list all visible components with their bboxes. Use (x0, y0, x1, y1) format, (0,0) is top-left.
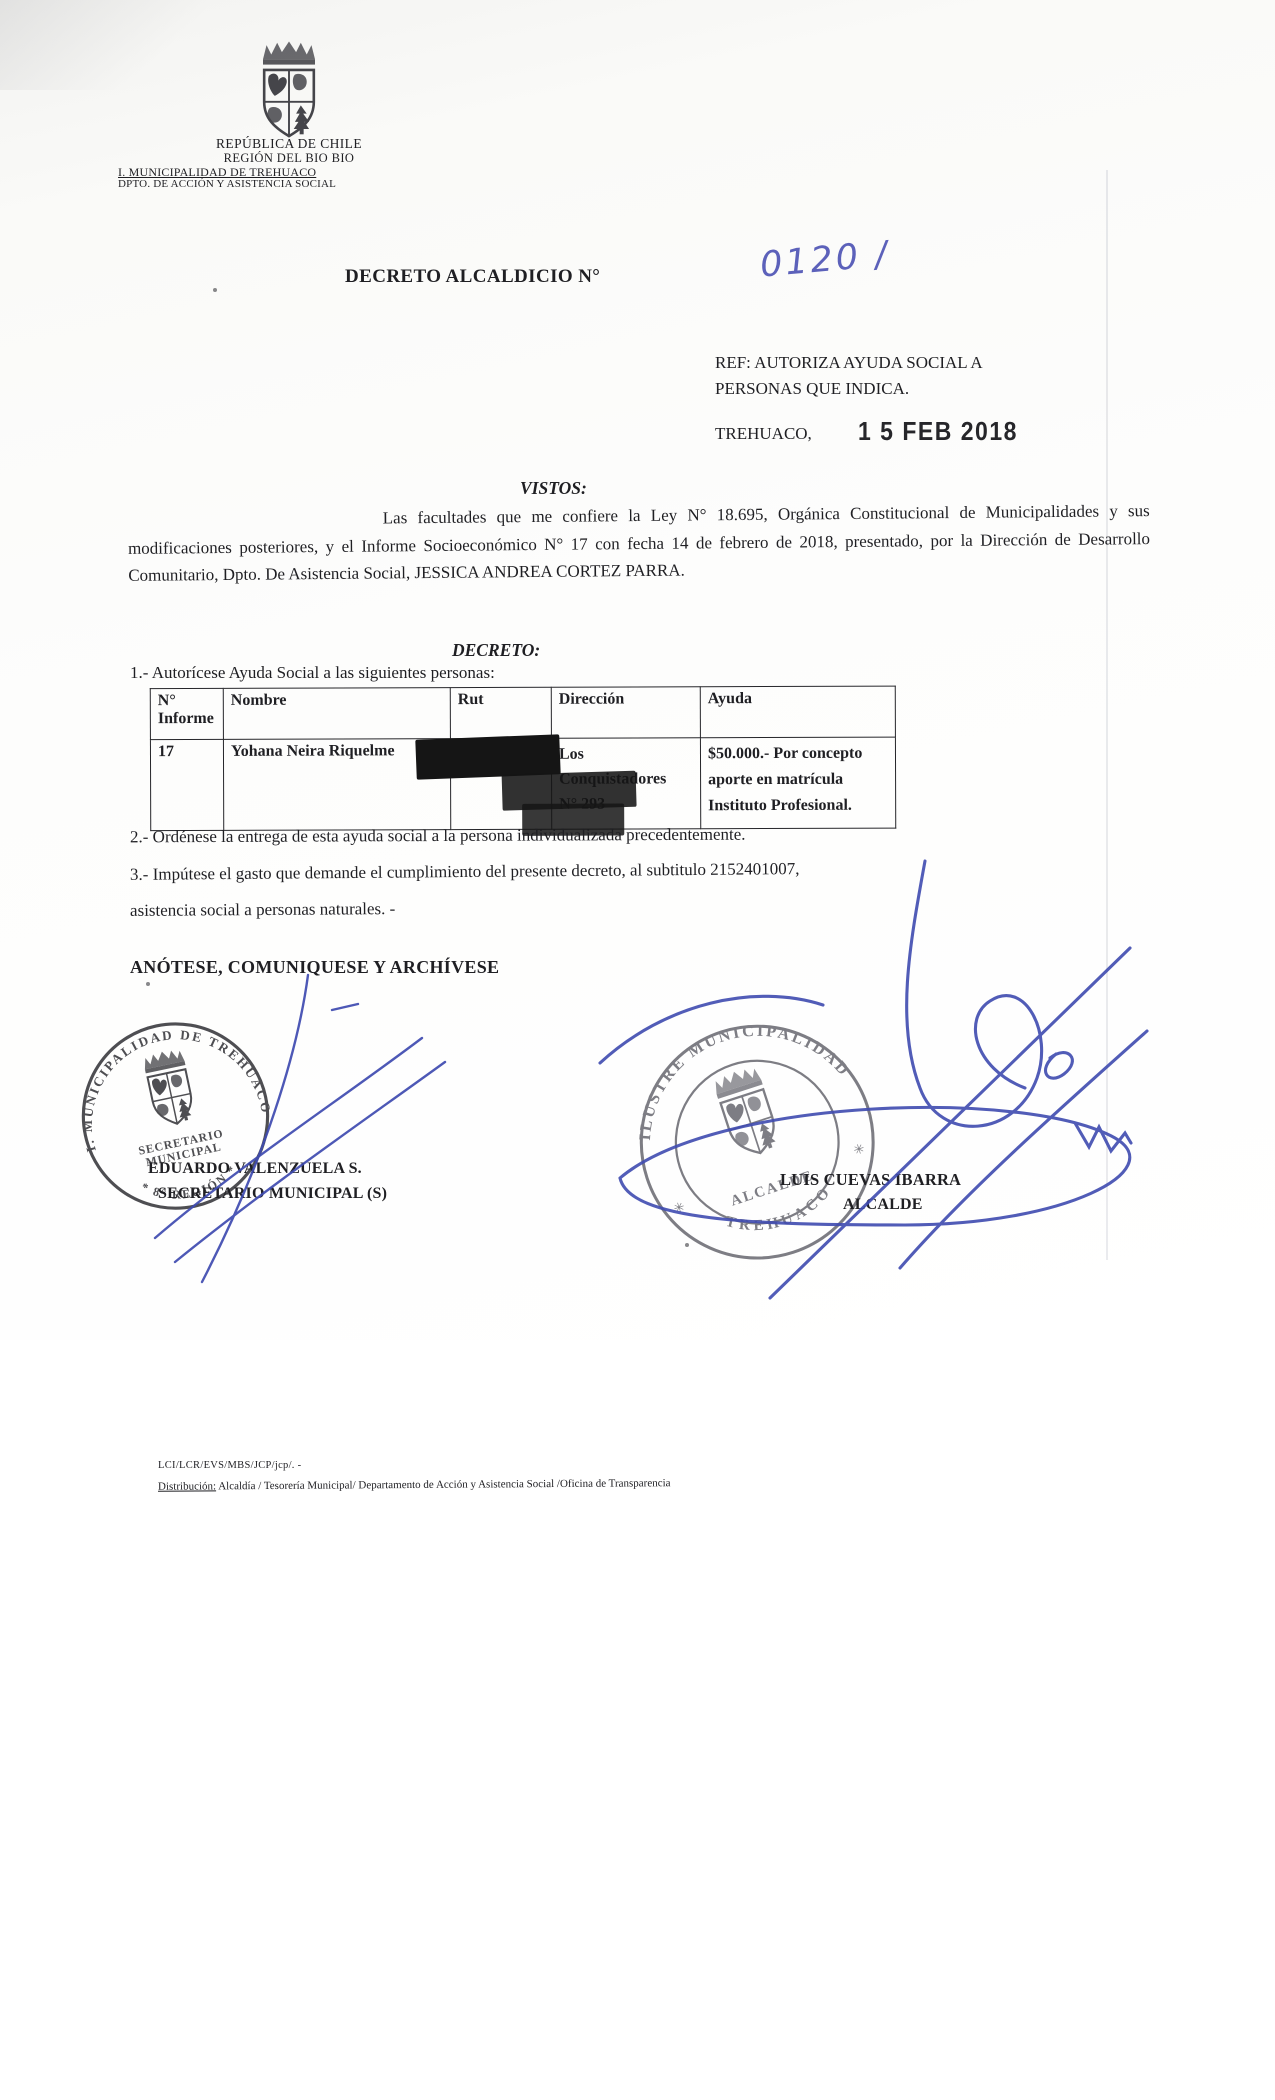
ref-block: REF: AUTORIZA AYUDA SOCIAL A PERSONAS QU… (715, 350, 983, 402)
col-header-ayuda: Ayuda (700, 686, 895, 738)
distribution-label: Distribución: (158, 1480, 216, 1492)
vistos-paragraph: Las facultades que me confiere la Ley N°… (128, 497, 1151, 589)
decree-title: DECRETO ALCALDICIO N° (345, 266, 600, 288)
footer-initials: LCI/LCR/EVS/MBS/JCP/jcp/. - (158, 1460, 301, 1471)
stamp-star-icon: ✳ (672, 1199, 687, 1217)
table-header-row: N° Informe Nombre Rut Dirección Ayuda (150, 686, 895, 740)
stamp-star-icon: ✳ (851, 1140, 866, 1158)
footer-distribution: Distribución: Alcaldía / Tesorería Munic… (158, 1477, 671, 1493)
secretary-title: SECRETARIO MUNICIPAL (S) (158, 1185, 387, 1203)
distribution-text: Alcaldía / Tesorería Municipal/ Departam… (216, 1477, 671, 1492)
secretary-name: EDUARDO VALENZUELA S. (148, 1160, 362, 1178)
mayor-name: LUIS CUEVAS IBARRA (780, 1170, 961, 1190)
vistos-heading: VISTOS: (520, 478, 587, 499)
scanned-document-page: REPÚBLICA DE CHILE REGIÓN DEL BIO BIO I.… (0, 0, 1275, 2100)
place-label: TREHUACO, (715, 424, 812, 444)
scan-artifact-line (1106, 170, 1108, 1260)
scan-speck (213, 288, 217, 292)
cell-ayuda: $50.000.- Por concepto aporte en matrícu… (700, 737, 895, 829)
coat-of-arms-icon (248, 38, 330, 147)
letterhead-region: REGIÓN DEL BIO BIO (115, 151, 463, 166)
col-header-informe: N° Informe (150, 688, 223, 739)
decree-item-1: 1.- Autorícese Ayuda Social a las siguie… (130, 663, 495, 683)
direccion-line: Los (559, 741, 693, 766)
col-header-rut: Rut (450, 687, 551, 738)
mayor-title: ALCALDE (843, 1196, 923, 1214)
decree-item-2: 2.- Ordénese la entrega de esta ayuda so… (130, 825, 746, 848)
cell-informe: 17 (150, 739, 223, 830)
ref-line2: PERSONAS QUE INDICA. (715, 376, 983, 402)
ref-line1: REF: AUTORIZA AYUDA SOCIAL A (715, 350, 983, 376)
letterhead-department: DPTO. DE ACCIÓN Y ASISTENCIA SOCIAL (118, 178, 336, 190)
letterhead-country: REPÚBLICA DE CHILE (115, 136, 463, 152)
scan-corner-shadow (0, 0, 220, 90)
closing-order: ANÓTESE, COMUNIQUESE Y ARCHÍVESE (130, 957, 499, 978)
decreto-heading: DECRETO: (452, 640, 540, 661)
beneficiaries-table: N° Informe Nombre Rut Dirección Ayuda 17… (150, 686, 822, 831)
date-stamp: 1 5 FEB 2018 (858, 416, 1018, 446)
scan-speck (146, 982, 150, 986)
decree-item-3-line2: asistencia social a personas naturales. … (130, 899, 395, 921)
col-header-direccion: Dirección (551, 687, 700, 739)
col-header-nombre: Nombre (223, 688, 450, 740)
